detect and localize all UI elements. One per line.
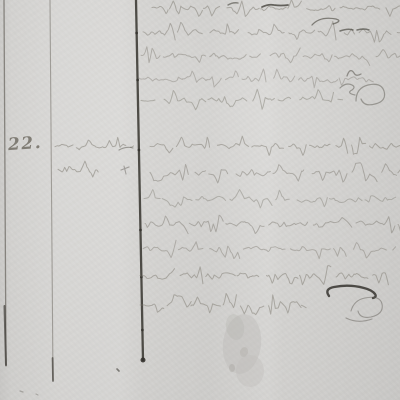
scan-overlay [0,0,400,400]
handwriting-line [150,136,400,155]
ink-blob [135,32,138,35]
handwriting-line [55,138,134,150]
oval-d-top [356,84,385,105]
ink-blob [136,79,139,82]
handwriting-line [143,21,400,42]
handwriting-line [58,161,98,177]
bottom-speck-a [117,369,119,371]
ink-blob [139,229,142,232]
column-rule [50,0,53,380]
handwriting-line [144,190,396,208]
handwriting-line [140,266,388,285]
ink-blob-rule-end [141,358,146,363]
st-mark [347,71,361,76]
cross-mark-row22-a [119,147,133,150]
handwriting-line [141,47,400,66]
handwriting-line [143,240,396,258]
scanned-register-page: 22. [0,0,400,400]
loop-mark-top [340,84,355,95]
handwriting-line [150,163,400,183]
cross-mark-row22-b [121,166,129,174]
ornate-d-signature [346,297,382,321]
paper-stain [229,364,235,372]
handwriting-line [139,69,373,88]
ink-blob [141,329,144,332]
handwriting-line [152,0,400,16]
entry-number: 22. [7,133,42,155]
handwriting-line [145,215,400,233]
dark-dash-top-1 [228,3,238,5]
paper-stain [236,355,264,387]
dark-swash [327,286,375,298]
handwriting-line [141,89,343,109]
ink-blob [138,149,141,152]
curl-flourish [312,18,339,25]
bottom-speck-b [20,391,38,395]
handwriting-line [140,293,306,314]
entry-rule [136,0,143,360]
dark-blot-top [262,5,288,7]
